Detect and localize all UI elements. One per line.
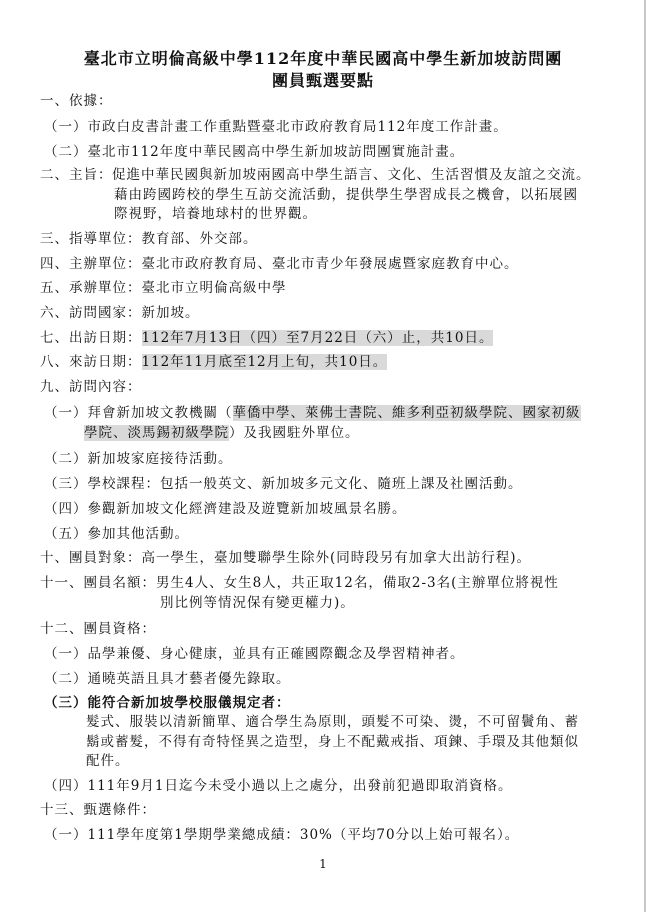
- section-9-item-2: （二）新加坡家庭接待活動。: [44, 450, 233, 468]
- section-9-item-1-line-2: 學院、淡馬錫初級學院）及我國駐外單位。: [84, 424, 360, 442]
- section-7-date-highlight: 112年7月13日（四）至7月22日（六）止，共10日。: [142, 330, 494, 346]
- section-4: 四、主辦單位：臺北市政府教育局、臺北市青少年發展處暨家庭教育中心。: [40, 255, 519, 273]
- section-2-line-1: 促進中華民國與新加坡兩國高中學生語言、文化、生活習慣及友誼之交流。: [112, 166, 591, 184]
- section-8-date-highlight: 112年11月底至12月上旬，共10日。: [142, 354, 388, 370]
- section-2-line-3: 際視野，培養地球村的世界觀。: [114, 205, 317, 223]
- section-1-item-2: （二）臺北市112年度中華民國高中學生新加坡訪問團實施計畫。: [44, 143, 464, 161]
- section-12-item-3-line-2: 鬍或蓄髮，不得有奇特怪異之造型，身上不配戴戒指、項鍊、手環及其他類似: [86, 733, 579, 751]
- section-9-item-4: （四）參觀新加坡文化經濟建設及遊覽新加坡風景名勝。: [44, 500, 407, 518]
- section-2-label: 二、主旨：: [40, 166, 113, 184]
- section-7-label: 七、出訪日期：: [40, 330, 142, 346]
- section-12-item-1: （一）品學兼優、身心健康，並具有正確國際觀念及學習精神者。: [44, 645, 465, 663]
- page-number: 1: [0, 857, 646, 871]
- section-8-label: 八、來訪日期：: [40, 354, 142, 370]
- document-page: 臺北市立明倫高級中學112年度中華民國高中學生新加坡訪問團 團員甄選要點 一、依…: [0, 0, 646, 912]
- section-12-item-4: （四）111年9月1日迄今未受小過以上之處分，出發前犯過即取消資格。: [44, 777, 512, 795]
- section-3: 三、指導單位：教育部、外交部。: [40, 230, 258, 248]
- section-12-item-2: （二）通曉英語且具才藝者優先錄取。: [44, 670, 291, 688]
- section-13-heading: 十三、甄選條件：: [40, 801, 156, 819]
- section-6: 六、訪問國家：新加坡。: [40, 304, 200, 322]
- section-13-item-1: （一）111學年度第1學期學業總成績：30%（平均70分以上始可報名）。: [44, 826, 519, 844]
- section-1-heading: 一、依據：: [40, 92, 113, 110]
- section-12-item-3-heading: （三）能符合新加坡學校服儀規定者：: [44, 694, 291, 712]
- section-5: 五、承辦單位：臺北市立明倫高級中學: [40, 279, 287, 297]
- section-8: 八、來訪日期：112年11月底至12月上旬，共10日。: [40, 353, 387, 371]
- section-9-school-list-highlight-1: 華僑中學、萊佛士書院、維多利亞初級學院、國家初級: [233, 405, 581, 421]
- section-10: 十、團員對象：高一學生，臺加雙聯學生除外(同時段另有加拿大出訪行程)。: [40, 549, 531, 567]
- section-9-heading: 九、訪問內容：: [40, 378, 142, 396]
- section-12-item-3-line-1: 髮式、服裝以清新簡單、適合學生為原則，頭髮不可染、燙，不可留鬢角、蓄: [86, 713, 579, 731]
- section-9-item-1-suffix: ）及我國駐外單位。: [229, 425, 360, 441]
- section-2-line-2: 藉由跨國跨校的學生互訪交流活動，提供學生學習成長之機會，以拓展國: [114, 186, 578, 204]
- section-1-item-1: （一）市政白皮書計畫工作重點暨臺北市政府教育局112年度工作計畫。: [44, 118, 508, 136]
- section-9-item-1-prefix: （一）拜會新加坡文教機關（: [44, 405, 233, 421]
- section-11-line-2: 別比例等情況保有變更權力)。: [160, 594, 355, 612]
- section-11-line-1: 十一、團員名額：男生4人、女生8人，共正取12名，備取2-3名(主辦單位將視性: [40, 574, 559, 592]
- section-9-item-5: （五）參加其他活動。: [44, 525, 189, 543]
- document-title-line1: 臺北市立明倫高級中學112年度中華民國高中學生新加坡訪問團: [0, 46, 646, 69]
- section-12-item-3-line-3: 配件。: [86, 752, 130, 770]
- section-12-heading: 十二、團員資格：: [40, 620, 156, 638]
- section-7: 七、出訪日期：112年7月13日（四）至7月22日（六）止，共10日。: [40, 329, 493, 347]
- section-9-item-3: （三）學校課程：包括一般英文、新加坡多元文化、隨班上課及社團活動。: [44, 475, 523, 493]
- section-9-school-list-highlight-2: 學院、淡馬錫初級學院: [84, 425, 229, 441]
- section-9-item-1-line-1: （一）拜會新加坡文教機關（華僑中學、萊佛士書院、維多利亞初級學院、國家初級: [44, 404, 581, 422]
- document-title-line2: 團員甄選要點: [0, 68, 646, 91]
